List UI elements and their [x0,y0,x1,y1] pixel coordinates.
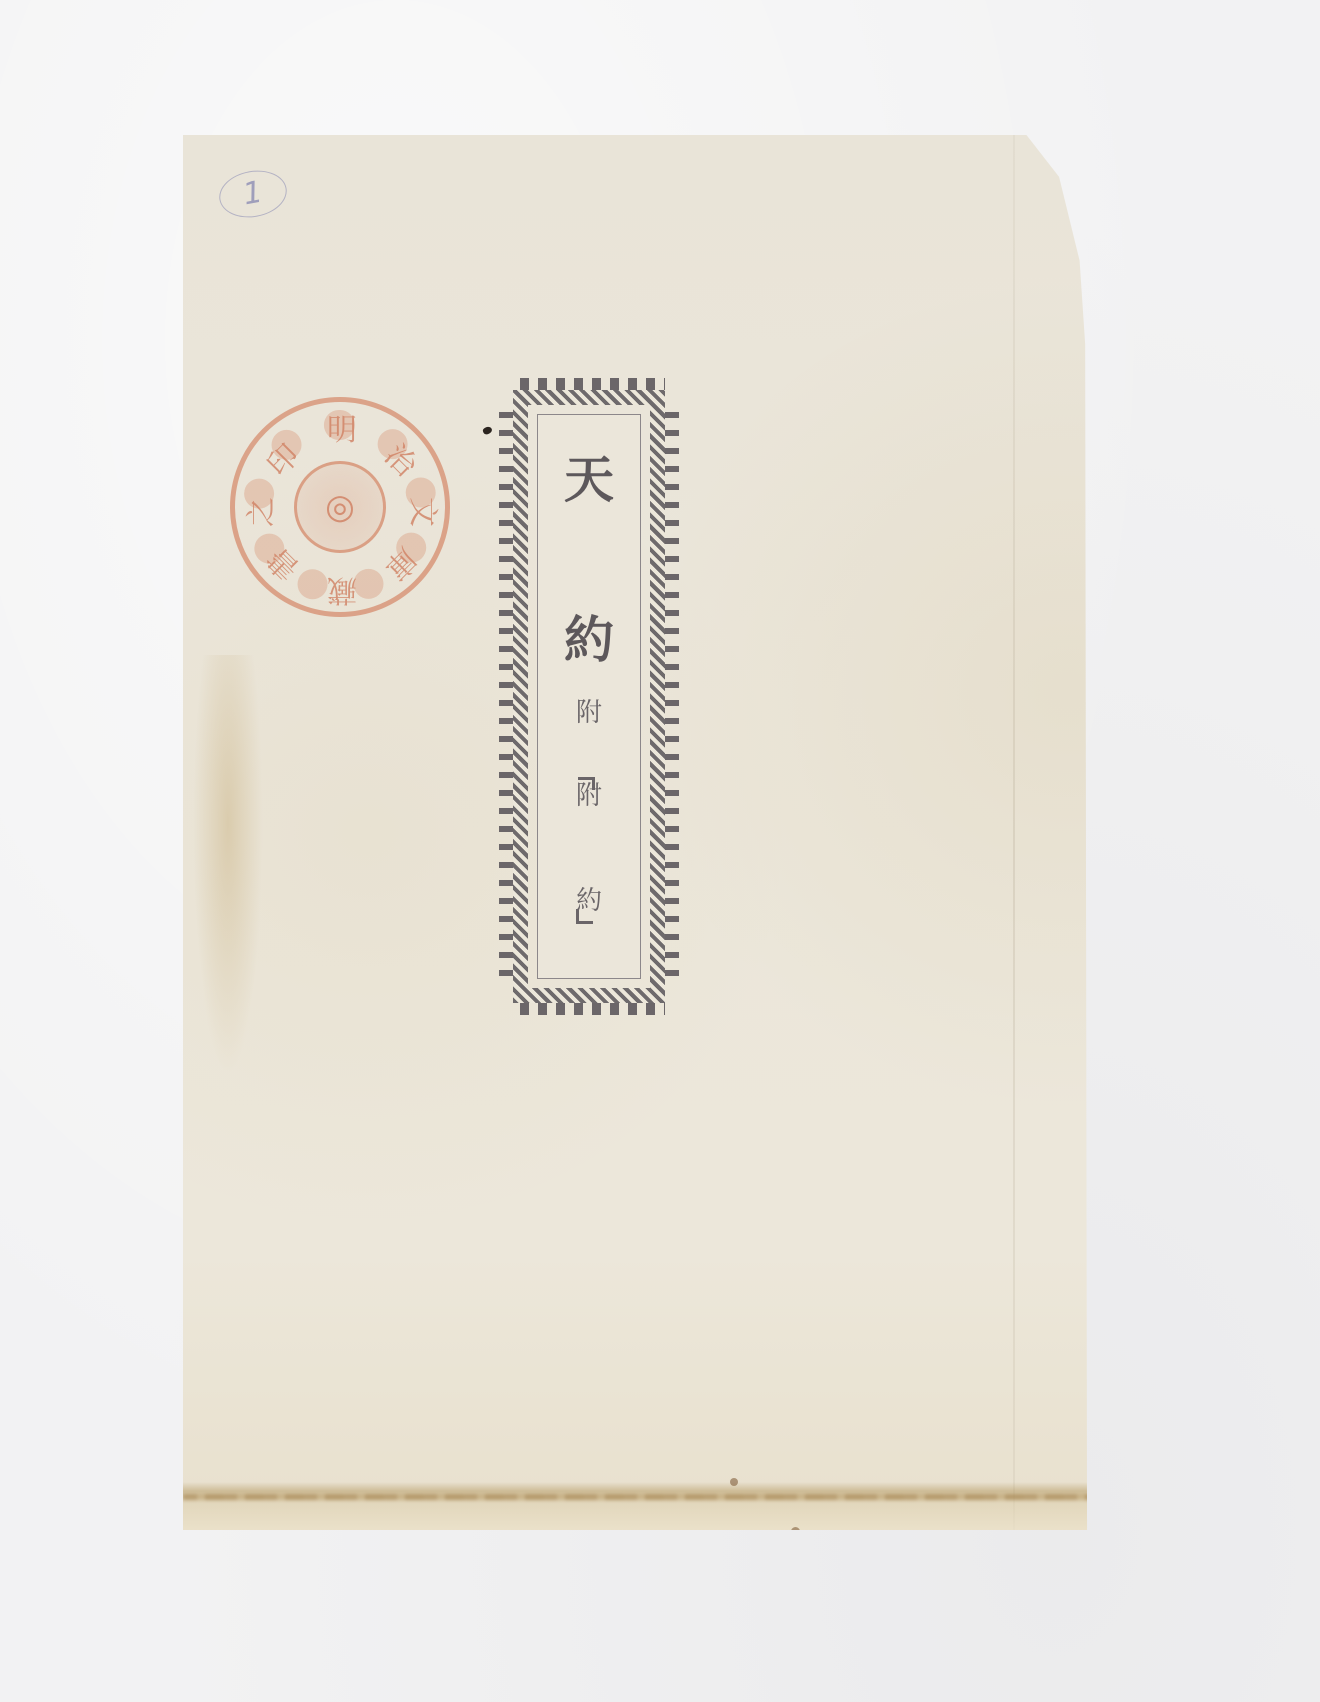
seal-glyph: 文 [407,497,437,527]
water-stain-bottom [183,1470,1115,1530]
title-panel: 天 約 附 附 約 [537,414,641,979]
subtitle-character: 附 [538,783,640,809]
pencil-annotation-number: 1 [241,178,265,211]
seal-glyph: 藏 [327,574,357,604]
water-stain-left [193,655,263,1075]
booklet-cover: 1 明 治 文 庫 藏 書 之 印 ◎ 天 約 附 附 約 [183,135,1115,1530]
title-character: 天 [538,455,640,505]
title-character: 約 [538,615,640,665]
seal-glyph: 之 [247,497,277,527]
seal-center-circle: ◎ [294,461,386,553]
frame-bottom-ornament [513,1001,665,1015]
title-cartouche: 天 約 附 附 約 [513,390,665,1003]
ink-blot [482,425,493,435]
tide-line-stain [183,1494,1115,1500]
seal-glyph: 明 [327,416,357,446]
red-seal-stamp: 明 治 文 庫 藏 書 之 印 ◎ [230,397,450,617]
subtitle-prefix: 附 [538,700,640,726]
foxing-spot [730,1478,738,1486]
fold-crease [1013,135,1015,1530]
seal-center-emblem: ◎ [325,487,355,527]
corner-bracket-close [576,909,593,924]
pencil-annotation-circle: 1 [216,165,291,222]
